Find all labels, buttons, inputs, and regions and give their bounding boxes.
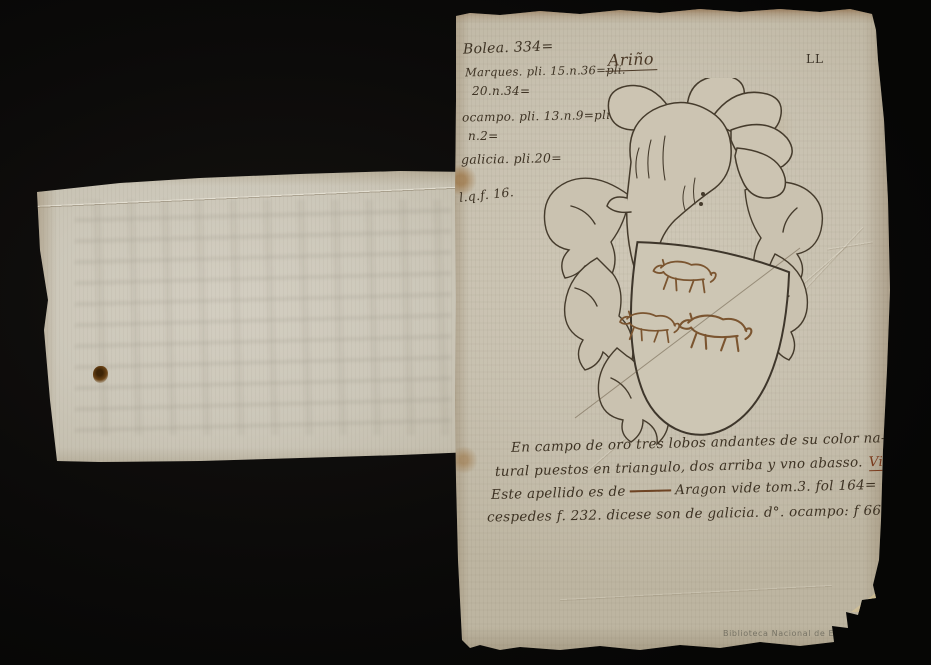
annotation-text: Este apellido es de [491,484,626,504]
manuscript-folio: Bolea. 334= Marques. pli. 15.n.36=pli. 2… [455,8,891,660]
scan-background: Bolea. 334= Marques. pli. 15.n.36=pli. 2… [0,0,931,665]
marginal-note: 20.n.34= [472,84,530,98]
coat-of-arms-illustration [535,78,835,448]
paper-crease [560,585,832,601]
marginal-note: Bolea. 334= [463,38,554,57]
folio-mark: LL [806,52,824,66]
marginal-note: l.q.f. 16. [458,184,514,205]
surname-header: Ariño [605,49,657,72]
marginal-note: n.2= [468,129,498,143]
vide-reference: Vide fol. 88. [869,452,931,471]
ink-show-through [75,200,451,435]
blazon-line: tural puestos en triangulo, dos arriba y… [495,452,931,480]
annotation-line: cespedes f. 232. dicese son de galicia. … [487,502,893,525]
blazon-line-text: tural puestos en triangulo, dos arriba y… [495,454,863,480]
library-stamp: Biblioteca Nacional de España [723,629,861,638]
struck-out-word: ——— [630,482,672,499]
blank-tipped-in-sheet [35,170,475,465]
corner-fold [851,592,877,612]
marginal-note: Marques. pli. 15.n.36=pli. [465,63,626,80]
annotation-line: Este apellido es de———Aragon vide tom.3.… [491,477,877,503]
annotation-text: Aragon vide tom.3. fol 164= [675,477,877,498]
